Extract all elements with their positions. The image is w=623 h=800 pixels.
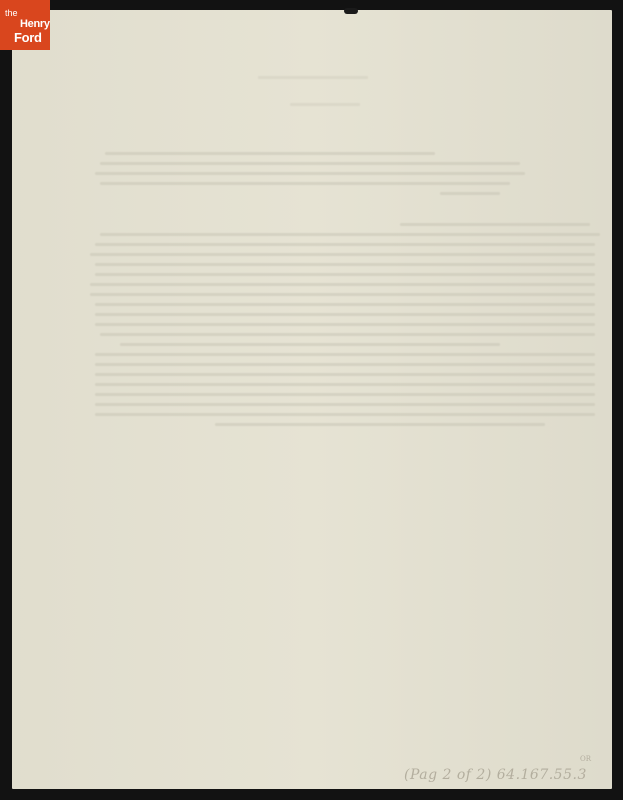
ghost-text-line [95, 303, 595, 306]
handwritten-superscript: OR [580, 755, 591, 763]
logo-ford: Ford [14, 31, 42, 44]
ghost-text-line [95, 383, 595, 386]
ghost-text-line [95, 363, 595, 366]
ghost-text-line [105, 152, 435, 155]
logo-henry: Henry [20, 19, 50, 30]
ghost-text-line [95, 273, 595, 276]
logo-the: the [5, 9, 18, 18]
ghost-text-line [95, 263, 595, 266]
binder-clip-mark [344, 8, 358, 14]
document-page [12, 10, 612, 789]
ghost-text-line [95, 313, 595, 316]
ghost-text-line [120, 343, 500, 346]
ghost-text-line [440, 192, 500, 195]
ghost-text-line [400, 223, 590, 226]
ghost-text-line [100, 162, 520, 165]
ghost-text-line [258, 76, 368, 79]
ghost-text-line [95, 172, 525, 175]
ghost-text-line [95, 323, 595, 326]
ghost-text-line [95, 393, 595, 396]
ghost-text-line [215, 423, 545, 426]
ghost-text-line [95, 373, 595, 376]
ghost-text-line [95, 243, 595, 246]
ghost-text-line [90, 293, 595, 296]
ghost-text-line [290, 103, 360, 106]
ghost-text-line [100, 333, 595, 336]
the-henry-ford-logo: the Henry Ford [0, 0, 50, 50]
ghost-text-line [95, 403, 595, 406]
ghost-text-line [90, 283, 595, 286]
ghost-text-line [100, 233, 600, 236]
ghost-text-line [95, 413, 595, 416]
ghost-text-line [90, 253, 595, 256]
handwritten-accession-number: (Pag 2 of 2) 64.167.55.3 [404, 767, 587, 783]
ghost-text-line [100, 182, 510, 185]
ghost-text-line [95, 353, 595, 356]
